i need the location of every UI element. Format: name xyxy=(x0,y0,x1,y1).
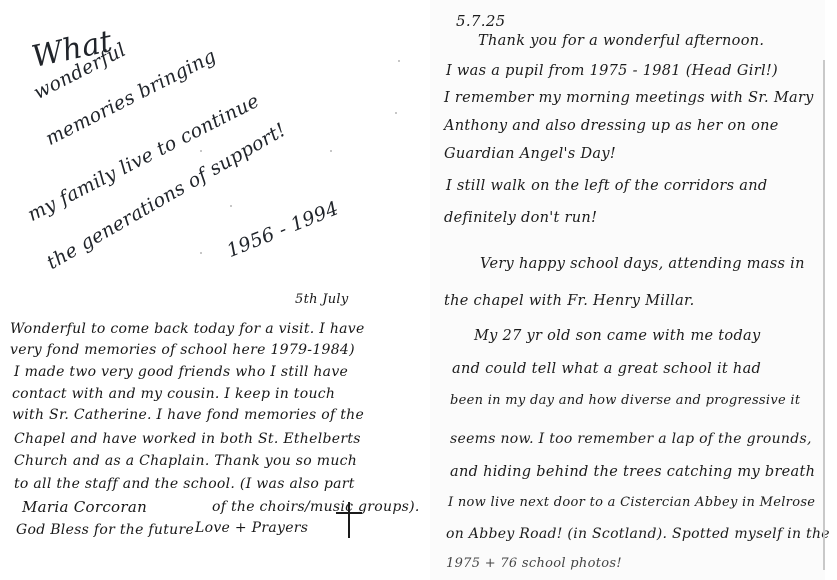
right-guestbook-page: 5.7.25 Thank you for a wonderful afterno… xyxy=(430,0,825,580)
note-3-line: I remember my morning meetings with Sr. … xyxy=(444,90,814,106)
note-3-line: Guardian Angel's Day! xyxy=(444,146,616,162)
note-2-line: Wonderful to come back today for a visit… xyxy=(10,320,365,339)
note-3-line: Very happy school days, attending mass i… xyxy=(480,256,805,272)
note-2-closing: God Bless for the future xyxy=(16,521,194,540)
note-3-line: definitely don't run! xyxy=(444,210,597,226)
note-2-line: contact with and my cousin. I keep in to… xyxy=(12,385,335,404)
paper-speck xyxy=(230,205,232,207)
note-3-line: My 27 yr old son came with me today xyxy=(474,328,760,344)
left-guestbook-page: What wonderful memories bringing my fami… xyxy=(0,0,430,580)
note-3-line: I still walk on the left of the corridor… xyxy=(446,178,767,194)
note-2-line: of the choirs/music groups). xyxy=(212,498,420,517)
note-1-years: 1956 - 1994 xyxy=(224,197,342,262)
note-3-line: and hiding behind the trees catching my … xyxy=(450,464,815,480)
note-3-line: been in my day and how diverse and progr… xyxy=(450,393,800,408)
note-3-line: 1975 + 76 school photos! xyxy=(446,556,622,571)
note-2-line: with Sr. Catherine. I have fond memories… xyxy=(12,406,364,425)
paper-speck xyxy=(200,252,202,254)
note-3-date: 5.7.25 xyxy=(456,12,506,30)
note-2-line: Church and as a Chaplain. Thank you so m… xyxy=(14,452,357,471)
note-2-signature: Maria Corcoran xyxy=(22,498,147,517)
note-2-line: very fond memories of school here 1979-1… xyxy=(10,341,355,360)
note-2-sign-off: Love + Prayers xyxy=(195,519,308,538)
page-edge-divider xyxy=(823,60,825,570)
paper-speck xyxy=(395,112,397,114)
paper-speck xyxy=(330,150,332,152)
note-2-line: Chapel and have worked in both St. Ethel… xyxy=(14,430,361,449)
note-2-line: I made two very good friends who I still… xyxy=(14,363,348,382)
note-3-line: seems now. I too remember a lap of the g… xyxy=(450,431,812,447)
note-3-line: the chapel with Fr. Henry Millar. xyxy=(444,293,695,309)
note-2-line: to all the staff and the school. (I was … xyxy=(14,475,355,494)
note-3-line: Thank you for a wonderful afternoon. xyxy=(478,33,764,49)
note-3-line: I was a pupil from 1975 - 1981 (Head Gir… xyxy=(446,63,778,79)
note-3-line: Anthony and also dressing up as her on o… xyxy=(444,118,779,134)
note-3-line: on Abbey Road! (in Scotland). Spotted my… xyxy=(446,526,830,542)
note-3-line: I now live next door to a Cistercian Abb… xyxy=(448,495,815,510)
note-3-line: and could tell what a great school it ha… xyxy=(452,361,761,377)
paper-speck xyxy=(200,150,202,152)
note-2-date: 5th July xyxy=(295,290,349,309)
paper-speck xyxy=(398,60,400,62)
